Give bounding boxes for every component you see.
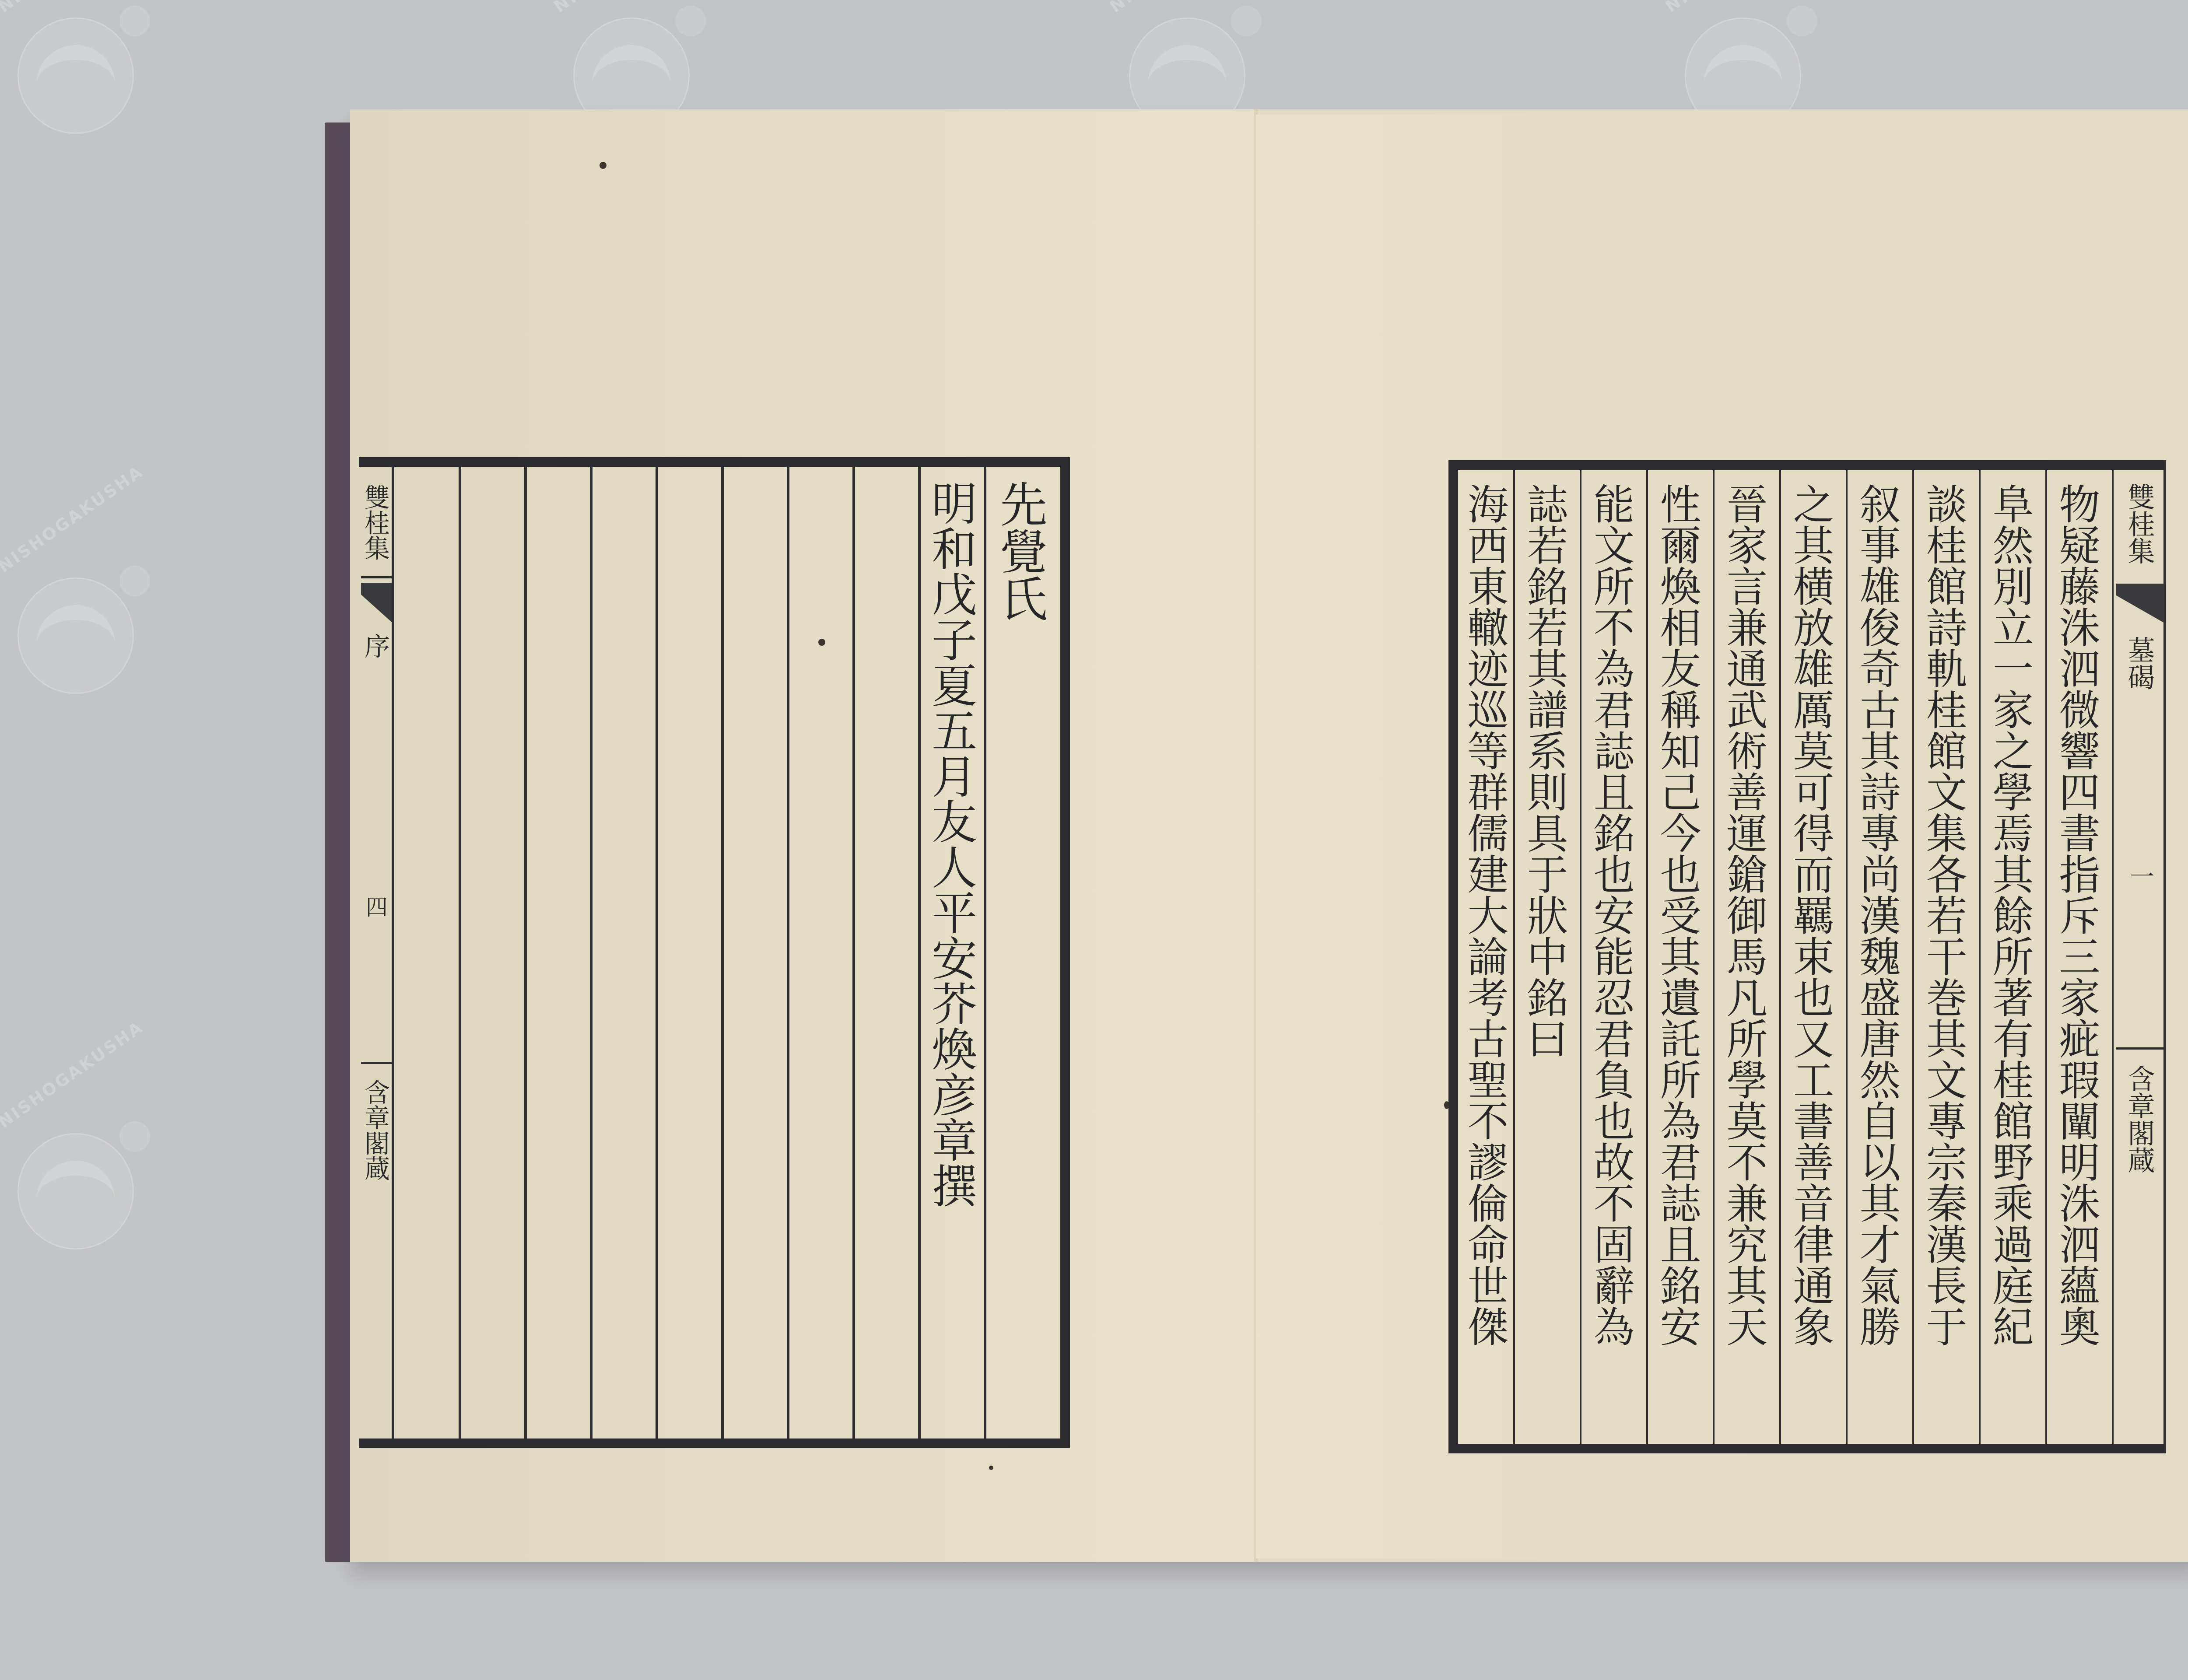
- text-column-10: 海西東轍迹巡等群儒建大論考古聖不謬倫命世傑: [1463, 483, 1504, 1347]
- margin-title: 雙桂集: [362, 484, 388, 560]
- ink-spot: [989, 1466, 993, 1470]
- column-rule: [721, 467, 724, 1438]
- column-rule: [1912, 470, 1914, 1444]
- left-page: 雙桂集 序 四 含章閣蔵 先覺氏 明和戊子夏五月友人平安芥煥彦章撰: [350, 109, 1256, 1562]
- column-rule: [1580, 470, 1581, 1444]
- column-rule: [2045, 470, 2047, 1444]
- text-column-1: 先覺氏: [996, 480, 1043, 622]
- column-rule: [459, 467, 461, 1438]
- column-rule: [524, 467, 527, 1438]
- right-page-frame: 物疑藤洙泗微響四書指斥三家疵瑕闡明洙泗蘊奧 阜然別立一家之學焉其餘所著有桂館野乘…: [1448, 460, 2166, 1453]
- column-rule: [1979, 470, 1981, 1444]
- column-rule: [1513, 470, 1515, 1444]
- text-column-5: 之其横放雄厲莫可得而羈束也又工書善音律通象: [1789, 483, 1830, 1347]
- left-page-frame: 雙桂集 序 四 含章閣蔵 先覺氏 明和戊子夏五月友人平安芥煥彦章撰: [359, 457, 1070, 1448]
- column-rule: [1846, 470, 1848, 1444]
- margin-divider: [2116, 1047, 2164, 1050]
- book-cover-spine: [325, 122, 352, 1562]
- margin-divider: [361, 1062, 392, 1064]
- column-rule: [392, 467, 394, 1438]
- text-column-2: 阜然別立一家之學焉其餘所著有桂館野乘過庭紀: [1988, 483, 2030, 1347]
- nishogakusha-logo-icon: NISHOGAKUSHA: [18, 577, 134, 694]
- nishogakusha-logo-icon: NISHOGAKUSHA: [18, 17, 134, 134]
- margin-publisher-mark: 含章閣蔵: [362, 1079, 388, 1181]
- column-rule: [2112, 470, 2114, 1444]
- margin-title: 雙桂集: [2125, 483, 2153, 564]
- ink-spot: [818, 639, 825, 646]
- open-book: 雙桂集 序 四 含章閣蔵 先覺氏 明和戊子夏五月友人平安芥煥彦章撰: [350, 109, 2188, 1562]
- column-rule: [984, 467, 986, 1438]
- text-column-4: 叙事雄俊奇古其詩專尚漢魏盛唐然自以其才氣勝: [1855, 483, 1897, 1347]
- text-column-8: 能文所不為君誌且銘也安能忍君負也故不固辭為: [1589, 483, 1630, 1347]
- fishtail-mark-icon: [2116, 584, 2164, 623]
- ink-spot: [1444, 1101, 1449, 1109]
- ink-spot: [600, 162, 607, 169]
- text-column-7: 性爾煥相友稱知己今也受其遺託所為君誌且銘安: [1656, 483, 1697, 1347]
- column-rule: [918, 467, 921, 1438]
- margin-section: 序: [362, 633, 388, 658]
- column-rule: [1646, 470, 1648, 1444]
- text-column-6: 晉家言兼通武術善運鎗御馬凡所學莫不兼究其天: [1722, 483, 1764, 1347]
- margin-section: 墓碣: [2125, 636, 2153, 690]
- right-margin-column: 雙桂集 墓碣 一 含章閣蔵: [2114, 470, 2167, 1444]
- column-rule: [852, 467, 855, 1438]
- column-rule: [1779, 470, 1781, 1444]
- margin-divider: [361, 576, 392, 578]
- right-page: 物疑藤洙泗微響四書指斥三家疵瑕闡明洙泗蘊奧 阜然別立一家之學焉其餘所著有桂館野乘…: [1256, 115, 2188, 1558]
- text-column-9: 誌若銘若其譜系則具于狀中銘曰: [1523, 483, 1564, 1059]
- margin-page-number: 四: [364, 896, 386, 917]
- nishogakusha-logo-icon: NISHOGAKUSHA: [18, 1133, 134, 1249]
- text-column-3: 談桂館詩軌桂館文集各若干巻其文專宗秦漢長于: [1922, 483, 1963, 1347]
- text-column-1: 物疑藤洙泗微響四書指斥三家疵瑕闡明洙泗蘊奧: [2055, 483, 2096, 1347]
- margin-page-number: 一: [2128, 864, 2152, 888]
- column-rule: [787, 467, 789, 1438]
- margin-publisher-mark: 含章閣蔵: [2125, 1065, 2153, 1173]
- fishtail-mark-icon: [361, 583, 392, 622]
- text-column-2: 明和戊子夏五月友人平安芥煥彦章撰: [928, 480, 973, 1208]
- left-margin-column: 雙桂集 序 四 含章閣蔵: [359, 467, 392, 1438]
- column-rule: [1713, 470, 1715, 1444]
- column-rule: [590, 467, 593, 1438]
- column-rule: [656, 467, 658, 1438]
